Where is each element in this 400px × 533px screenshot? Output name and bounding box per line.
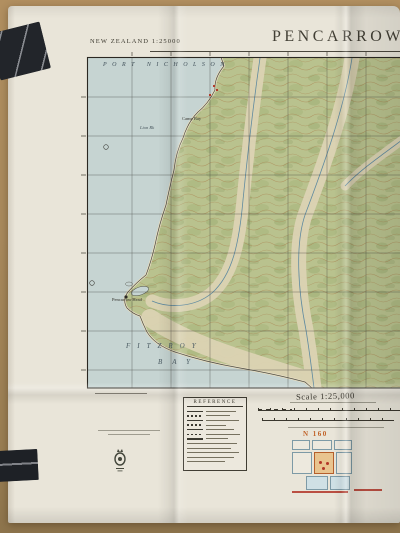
- compiled-note-bar: [108, 434, 150, 435]
- index-cell-current-sheet: [314, 452, 334, 474]
- index-diagram: [292, 440, 354, 492]
- index-cell: [336, 452, 352, 474]
- camp-bay-label: Camp Bay: [182, 116, 202, 121]
- index-cell: [312, 440, 332, 450]
- scale-bar-secondary: [262, 420, 394, 421]
- photo-of-paper-map: NEW ZEALAND 1:25000 PENCARROW: [0, 0, 400, 533]
- scale-bar-primary: [258, 410, 400, 411]
- legend-row: [187, 460, 243, 465]
- fitzroy-label: FITZROY: [125, 342, 203, 350]
- map-series-label: NEW ZEALAND 1:25000: [90, 38, 181, 45]
- sheet-number-label: N 160: [303, 430, 328, 438]
- title-rule: [150, 51, 400, 52]
- reference-title: REFERENCE: [187, 400, 243, 407]
- index-cell: [292, 452, 312, 474]
- crest-emblem: [111, 446, 129, 474]
- map-title: PENCARROW: [272, 28, 400, 46]
- compiled-note-bar: [98, 430, 160, 431]
- index-cell: [334, 440, 352, 450]
- scale-label: Scale 1:25,000: [296, 390, 355, 402]
- index-cell: [306, 476, 328, 490]
- pencarrow-head-label: Pencarrow Head: [112, 297, 143, 302]
- bay-label: BAY: [158, 358, 200, 366]
- index-current-markers: [319, 461, 322, 464]
- index-cell: [330, 476, 350, 490]
- harbour-label: PORT NICHOLSON: [102, 62, 230, 68]
- reference-box: REFERENCE: [183, 397, 247, 471]
- index-cell: [292, 440, 310, 450]
- rock-label: Lion Rk: [139, 125, 155, 130]
- binder-clip-bottom: [0, 449, 39, 482]
